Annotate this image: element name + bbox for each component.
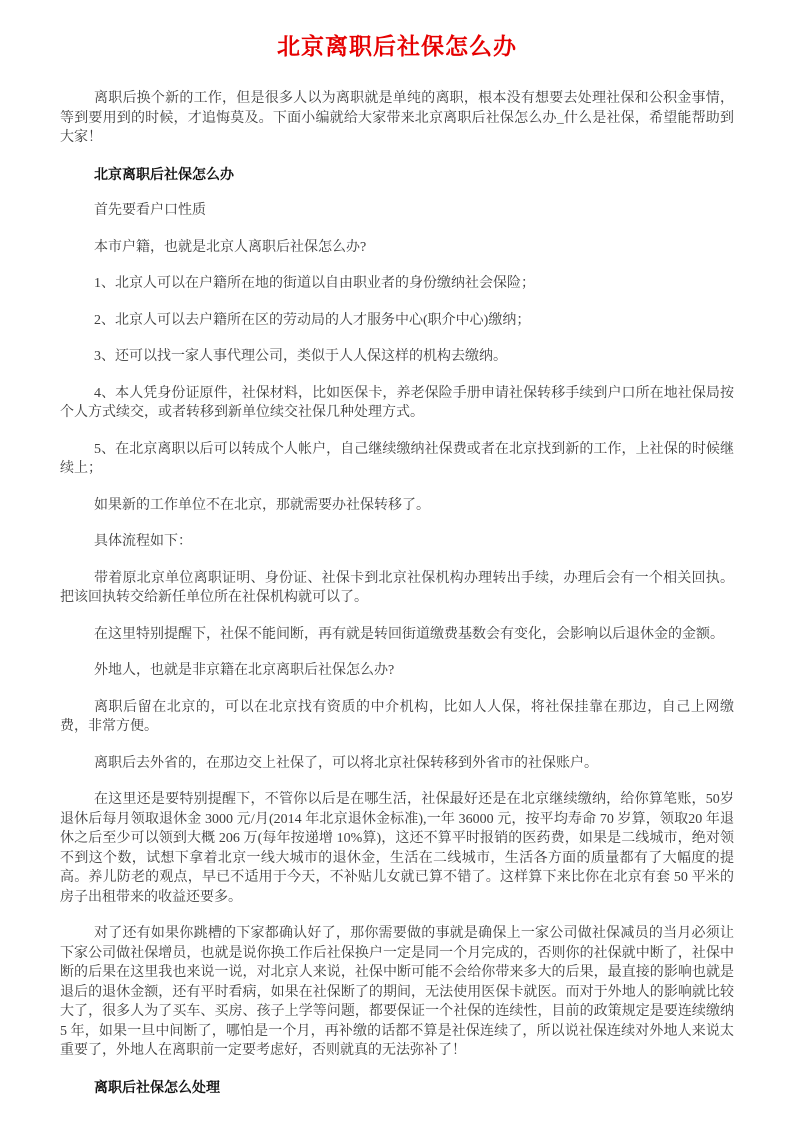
paragraph: 在这里特别提醒下，社保不能间断，再有就是转回街道缴费基数会有变化，会影响以后退休… [60,625,734,645]
paragraph: 如果新的工作单位不在北京，那就需要办社保转移了。 [60,496,734,516]
section-heading: 北京离职后社保怎么办 [60,165,734,185]
paragraph: 5、在北京离职以后可以转成个人帐户，自己继续缴纳社保费或者在北京找到新的工作，上… [60,440,734,479]
document-body: 离职后换个新的工作，但是很多人以为离职就是单纯的离职，根本没有想要去处理社保和公… [60,89,734,1097]
paragraph: 带着原北京单位离职证明、身份证、社保卡到北京社保机构办理转出手续，办理后会有一个… [60,569,734,608]
paragraph: 2、北京人可以去户籍所在区的劳动局的人才服务中心(职介中心)缴纳； [60,311,734,331]
document-title: 北京离职后社保怎么办 [60,30,734,62]
paragraph: 具体流程如下： [60,532,734,552]
paragraph: 首先要看户口性质 [60,201,734,221]
paragraph: 离职后换个新的工作，但是很多人以为离职就是单纯的离职，根本没有想要去处理社保和公… [60,89,734,148]
section-heading: 离职后社保怎么处理 [60,1078,734,1098]
paragraph: 对了还有如果你跳槽的下家都确认好了，那你需要做的事就是确保上一家公司做社保减员的… [60,924,734,1061]
paragraph: 4、本人凭身份证原件，社保材料，比如医保卡，养老保险手册申请社保转移手续到户口所… [60,384,734,423]
paragraph: 外地人，也就是非京籍在北京离职后社保怎么办? [60,661,734,681]
paragraph: 离职后留在北京的，可以在北京找有资质的中介机构，比如人人保，将社保挂靠在那边，自… [60,698,734,737]
document-page: 北京离职后社保怎么办 离职后换个新的工作，但是很多人以为离职就是单纯的离职，根本… [0,0,794,1123]
paragraph: 离职后去外省的，在那边交上社保了，可以将北京社保转移到外省市的社保账户。 [60,754,734,774]
paragraph: 1、北京人可以在户籍所在地的街道以自由职业者的身份缴纳社会保险； [60,274,734,294]
paragraph: 本市户籍，也就是北京人离职后社保怎么办? [60,238,734,258]
paragraph: 3、还可以找一家人事代理公司，类似于人人保这样的机构去缴纳。 [60,347,734,367]
paragraph: 在这里还是要特别提醒下，不管你以后是在哪生活，社保最好还是在北京继续缴纳，给你算… [60,790,734,907]
